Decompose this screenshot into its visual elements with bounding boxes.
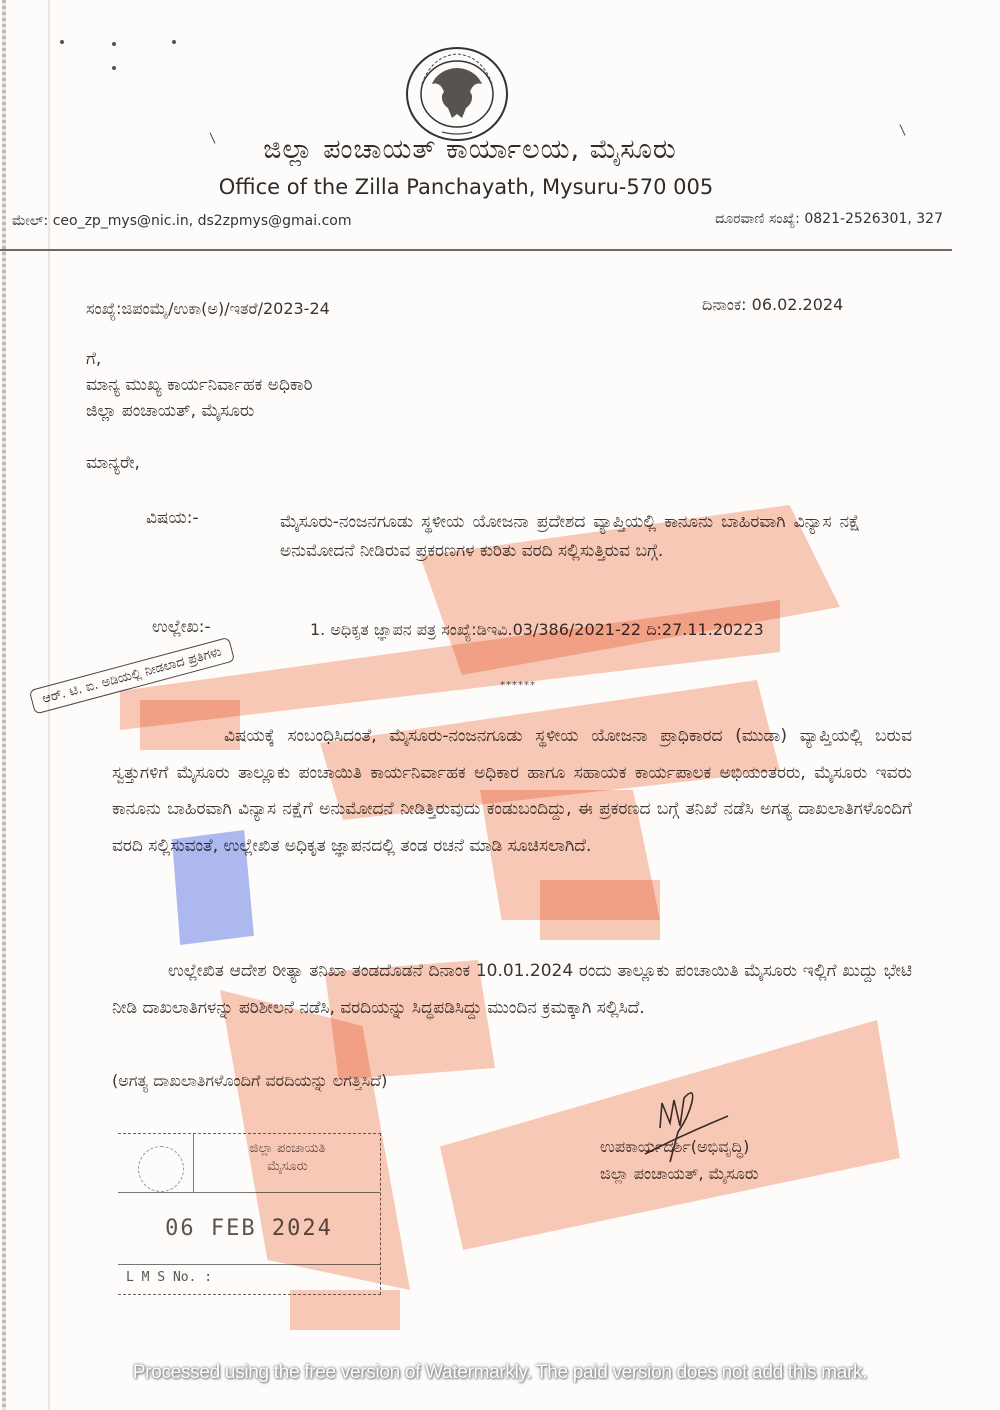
phone-numbers: 0821-2526301, 327 (804, 211, 943, 227)
subject-label: ವಿಷಯ:- (146, 508, 199, 528)
reference-label: ಉಲ್ಲೇಖ:- (152, 617, 211, 637)
highlight-overlay (290, 1290, 400, 1330)
salutation: ಮಾನ್ಯರೇ, (86, 453, 140, 473)
enclosure-note: (ಅಗತ್ಯ ದಾಖಲಾತಿಗಳೊಂದಿಗೆ ವರದಿಯನ್ನು ಲಗತ್ತಿಸ… (112, 1071, 387, 1091)
stamp-org: ಜಿಲ್ಲಾ ಪಂಚಾಯತಿ ಮೈಸೂರು (200, 1140, 375, 1176)
addressee-line: ಮಾನ್ಯ ಮುಖ್ಯ ಕಾರ್ಯನಿರ್ವಾಹಕ ಅಧಿಕಾರಿ (86, 372, 313, 398)
body-paragraph: ಉಲ್ಲೇಖಿತ ಆದೇಶ ರೀತ್ಯಾ ತನಿಖಾ ತಂಡದೊಡನೆ ದಿನಾ… (112, 953, 912, 1026)
stamp-lms-label: L M S No. : (126, 1270, 212, 1285)
body-paragraph: ವಿಷಯಕ್ಕೆ ಸಂಬಂಧಿಸಿದಂತೆ, ಮೈಸೂರು-ನಂಜನಗೂಡು ಸ… (112, 718, 912, 864)
scan-speck (172, 40, 176, 44)
scan-page-edge (2, 0, 6, 1410)
email-label: ಮೇಲ್: (12, 213, 48, 229)
phone-label: ದೂರವಾಣಿ ಸಂಖ್ಯೆ: (715, 211, 800, 227)
watermark-text: Processed using the free version of Wate… (30, 1362, 970, 1384)
seal-icon (138, 1146, 184, 1192)
reference-item: 1. ಅಧಿಕೃತ ಜ್ಞಾಪನ ಪತ್ರ ಸಂಖ್ಯೆ:ಡಿಇವಿ.03/38… (310, 617, 860, 642)
stamp-received-date: 06 FEB 2024 (118, 1216, 380, 1241)
scan-mark (210, 132, 216, 143)
subject-text: ಮೈಸೂರು-ನಂಜನಗೂಡು ಸ್ಥಳೀಯ ಯೋಜನಾ ಪ್ರದೇಶದ ವ್ಯ… (280, 508, 860, 566)
received-stamp: ಜಿಲ್ಲಾ ಪಂಚಾಯತಿ ಮೈಸೂರು 06 FEB 2024 L M S … (118, 1133, 381, 1295)
addressee-line: ಗೆ, (86, 346, 313, 372)
office-name-kannada: ಜಿಲ್ಲಾ ಪಂಚಾಯತ್ ಕಾರ್ಯಾಲಯ, ಮೈಸೂರು (220, 134, 720, 166)
header-divider (0, 249, 952, 251)
scan-speck (60, 40, 64, 44)
reference-number: ಸಂಖ್ಯೆ:ಜಿಪಂಮೈ/ಉಕಾ(ಅ)/ಇತರೆ/2023-24 (86, 299, 330, 319)
section-separator: ****** (500, 680, 536, 691)
email-addresses: ceo_zp_mys@nic.in, ds2zpmys@gmai.com (53, 213, 352, 229)
office-name-english: Office of the Zilla Panchayath, Mysuru-5… (196, 175, 736, 199)
scan-mark (900, 124, 906, 135)
rti-copy-stamp: ಆರ್. ಟಿ. ಐ. ಅಡಿಯಲ್ಲಿ ನೀಡಲಾದ ಪ್ರತಿಗಳು (29, 637, 235, 715)
stamp-org-line: ಮೈಸೂರು (200, 1158, 375, 1176)
scan-speck (112, 42, 116, 46)
signatory-title: ಉಪಕಾರ್ಯದರ್ಶಿ(ಅಭಿವೃದ್ಧಿ) (600, 1133, 758, 1160)
addressee-block: ಗೆ, ಮಾನ್ಯ ಮುಖ್ಯ ಕಾರ್ಯನಿರ್ವಾಹಕ ಅಧಿಕಾರಿ ಜಿ… (86, 346, 313, 424)
date-label: ದಿನಾಂಕ: (702, 295, 747, 314)
signatory-office: ಜಿಲ್ಲಾ ಪಂಚಾಯತ್, ಮೈಸೂರು (600, 1160, 758, 1187)
email-contacts: ಮೇಲ್: ceo_zp_mys@nic.in, ds2zpmys@gmai.c… (12, 213, 351, 229)
phone-contacts: ದೂರವಾಣಿ ಸಂಖ್ಯೆ: 0821-2526301, 327 (715, 211, 943, 227)
stamp-org-line: ಜಿಲ್ಲಾ ಪಂಚಾಯತಿ (200, 1140, 375, 1158)
date-value: 06.02.2024 (752, 295, 844, 314)
signatory-block: ಉಪಕಾರ್ಯದರ್ಶಿ(ಅಭಿವೃದ್ಧಿ) ಜಿಲ್ಲಾ ಪಂಚಾಯತ್, … (600, 1133, 758, 1187)
emblem-icon (402, 44, 512, 144)
highlight-overlay (540, 880, 660, 940)
letter-date: ದಿನಾಂಕ: 06.02.2024 (702, 295, 843, 315)
scan-speck (112, 66, 116, 70)
addressee-line: ಜಿಲ್ಲಾ ಪಂಚಾಯತ್, ಮೈಸೂರು (86, 398, 313, 424)
